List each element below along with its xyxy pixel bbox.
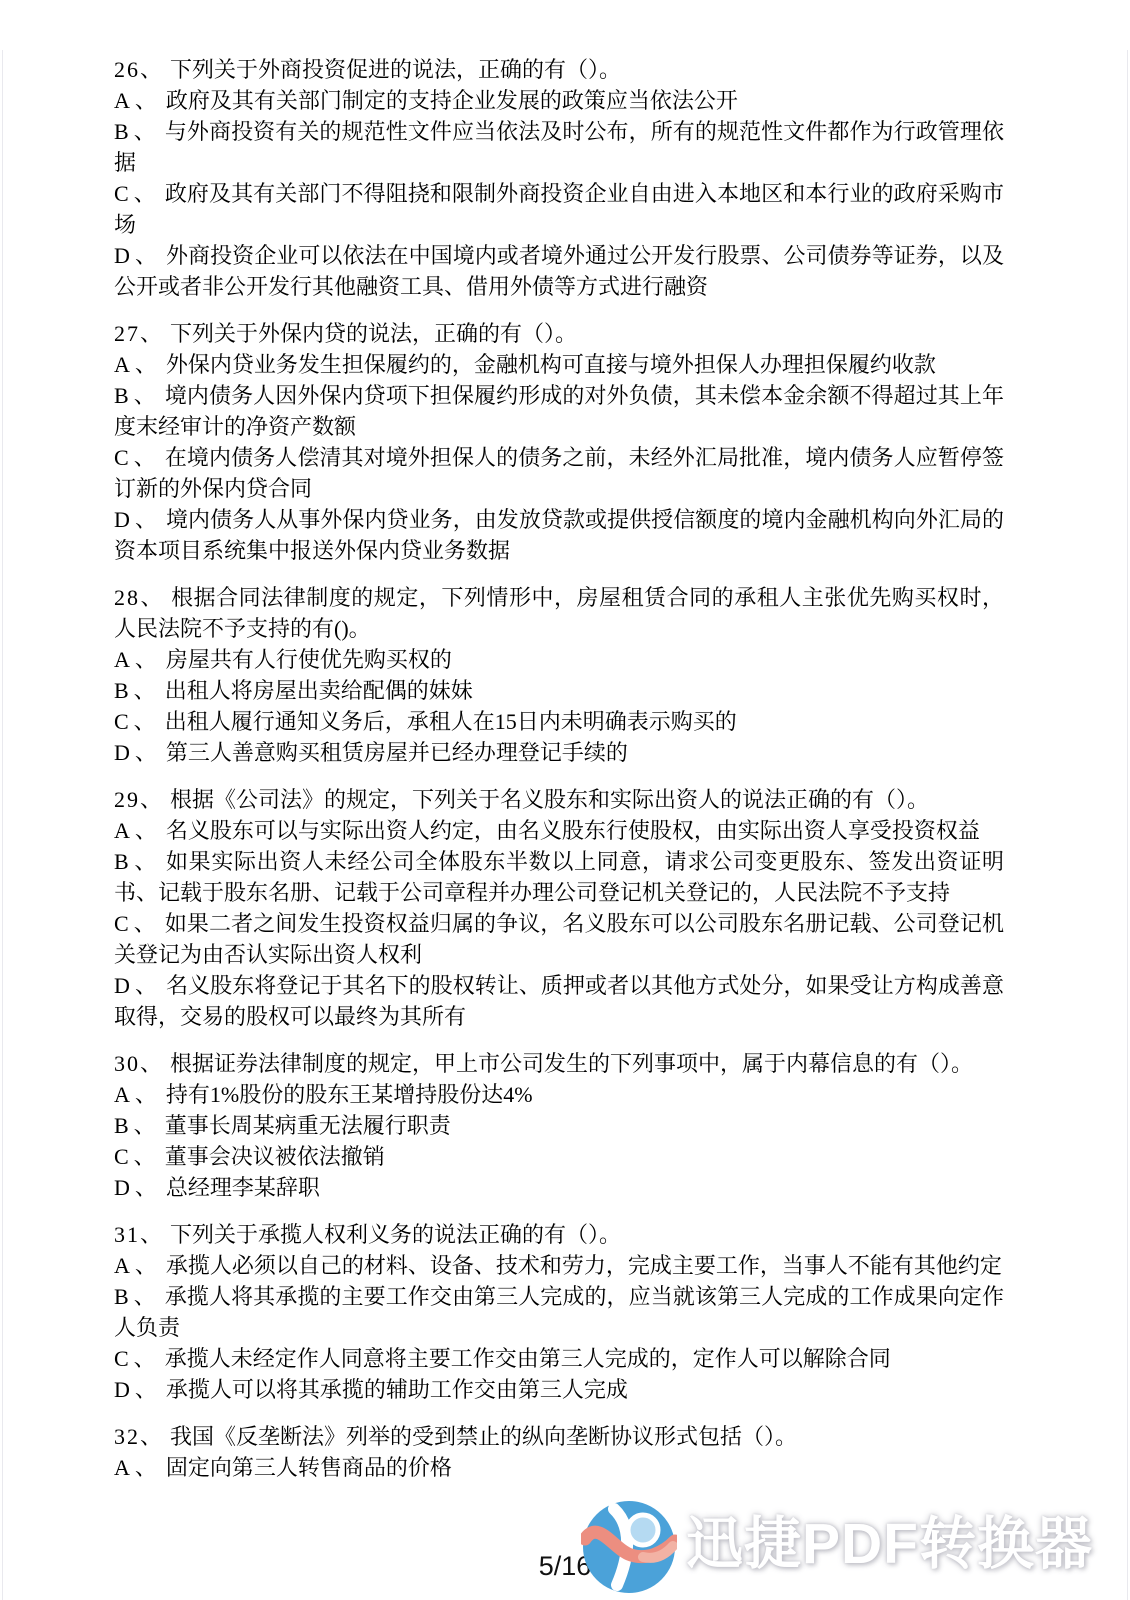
option-label: A、 <box>114 352 162 377</box>
option-row: D、总经理李某辞职 <box>114 1172 1004 1203</box>
option-row: A、固定向第三人转售商品的价格 <box>114 1452 1004 1483</box>
option-list: A、名义股东可以与实际出资人约定，由名义股东行使股权，由实际出资人享受投资权益 … <box>114 815 1004 1032</box>
option-text: 如果二者之间发生投资权益归属的争议，名义股东可以公司股东名册记载、公司登记机关登… <box>114 911 1004 967</box>
option-text: 董事长周某病重无法履行职责 <box>165 1113 451 1138</box>
question-number: 30、 <box>114 1051 164 1076</box>
option-label: B、 <box>114 678 161 703</box>
option-label: A、 <box>114 88 162 113</box>
option-text: 承揽人必须以自己的材料、设备、技术和劳力，完成主要工作，当事人不能有其他约定 <box>166 1253 1002 1278</box>
option-text: 名义股东可以与实际出资人约定，由名义股东行使股权，由实际出资人享受投资权益 <box>166 818 980 843</box>
option-text: 固定向第三人转售商品的价格 <box>166 1455 452 1480</box>
option-text: 政府及其有关部门不得阻挠和限制外商投资企业自由进入本地区和本行业的政府采购市场 <box>114 181 1004 237</box>
option-text: 总经理李某辞职 <box>166 1175 320 1200</box>
option-row: C、出租人履行通知义务后，承租人在15日内未明确表示购买的 <box>114 706 1004 737</box>
option-text: 政府及其有关部门制定的支持企业发展的政策应当依法公开 <box>166 88 738 113</box>
option-row: A、政府及其有关部门制定的支持企业发展的政策应当依法公开 <box>114 85 1004 116</box>
option-row: A、名义股东可以与实际出资人约定，由名义股东行使股权，由实际出资人享受投资权益 <box>114 815 1004 846</box>
option-list: A、承揽人必须以自己的材料、设备、技术和劳力，完成主要工作，当事人不能有其他约定… <box>114 1250 1004 1405</box>
option-row: D、境内债务人从事外保内贷业务，由发放贷款或提供授信额度的境内金融机构向外汇局的… <box>114 504 1004 566</box>
option-text: 持有1%股份的股东王某增持股份达4% <box>166 1082 533 1107</box>
option-row: B、境内债务人因外保内贷项下担保履约形成的对外负债，其未偿本金余额不得超过其上年… <box>114 380 1004 442</box>
question-block: 30、根据证券法律制度的规定，甲上市公司发生的下列事项中，属于内幕信息的有（）。… <box>114 1048 1004 1203</box>
question-block: 28、根据合同法律制度的规定，下列情形中，房屋租赁合同的承租人主张优先购买权时，… <box>114 582 1004 768</box>
question-list: 26、下列关于外商投资促进的说法，正确的有（）。 A、政府及其有关部门制定的支持… <box>114 54 1004 1483</box>
option-row: A、承揽人必须以自己的材料、设备、技术和劳力，完成主要工作，当事人不能有其他约定 <box>114 1250 1004 1281</box>
option-row: D、名义股东将登记于其名下的股权转让、质押或者以其他方式处分，如果受让方构成善意… <box>114 970 1004 1032</box>
option-row: C、政府及其有关部门不得阻挠和限制外商投资企业自由进入本地区和本行业的政府采购市… <box>114 178 1004 240</box>
option-text: 出租人履行通知义务后，承租人在15日内未明确表示购买的 <box>165 709 737 734</box>
question-stem: 28、根据合同法律制度的规定，下列情形中，房屋租赁合同的承租人主张优先购买权时，… <box>114 582 1004 644</box>
option-label: A、 <box>114 647 162 672</box>
question-block: 26、下列关于外商投资促进的说法，正确的有（）。 A、政府及其有关部门制定的支持… <box>114 54 1004 302</box>
option-text: 承揽人可以将其承揽的辅助工作交由第三人完成 <box>166 1377 628 1402</box>
option-row: B、承揽人将其承揽的主要工作交由第三人完成的，应当就该第三人完成的工作成果向定作… <box>114 1281 1004 1343</box>
question-block: 32、我国《反垄断法》列举的受到禁止的纵向垄断协议形式包括（）。 A、固定向第三… <box>114 1421 1004 1483</box>
option-text: 第三人善意购买租赁房屋并已经办理登记手续的 <box>166 740 628 765</box>
question-stem: 31、下列关于承揽人权利义务的说法正确的有（）。 <box>114 1219 1004 1250</box>
option-list: A、持有1%股份的股东王某增持股份达4% B、董事长周某病重无法履行职责 C、董… <box>114 1079 1004 1203</box>
question-stem: 30、根据证券法律制度的规定，甲上市公司发生的下列事项中，属于内幕信息的有（）。 <box>114 1048 1004 1079</box>
question-text: 下列关于外保内贷的说法，正确的有（）。 <box>170 321 577 346</box>
option-label: C、 <box>114 445 161 470</box>
option-label: D、 <box>114 507 162 532</box>
question-text: 根据证券法律制度的规定，甲上市公司发生的下列事项中，属于内幕信息的有（）。 <box>170 1051 973 1076</box>
question-number: 29、 <box>114 787 164 812</box>
question-text: 根据合同法律制度的规定，下列情形中，房屋租赁合同的承租人主张优先购买权时，人民法… <box>114 585 1004 641</box>
question-stem: 27、下列关于外保内贷的说法，正确的有（）。 <box>114 318 1004 349</box>
question-block: 29、根据《公司法》的规定，下列关于名义股东和实际出资人的说法正确的有（）。 A… <box>114 784 1004 1032</box>
option-label: D、 <box>114 243 162 268</box>
option-text: 外保内贷业务发生担保履约的，金融机构可直接与境外担保人办理担保履约收款 <box>166 352 936 377</box>
question-stem: 26、下列关于外商投资促进的说法，正确的有（）。 <box>114 54 1004 85</box>
option-text: 名义股东将登记于其名下的股权转让、质押或者以其他方式处分，如果受让方构成善意取得… <box>114 973 1004 1029</box>
option-text: 境内债务人因外保内贷项下担保履约形成的对外负债，其未偿本金余额不得超过其上年度末… <box>114 383 1004 439</box>
option-label: C、 <box>114 709 161 734</box>
option-list: A、外保内贷业务发生担保履约的，金融机构可直接与境外担保人办理担保履约收款 B、… <box>114 349 1004 566</box>
option-row: D、外商投资企业可以依法在中国境内或者境外通过公开发行股票、公司债券等证券，以及… <box>114 240 1004 302</box>
option-label: B、 <box>114 119 161 144</box>
option-label: A、 <box>114 1082 162 1107</box>
option-label: D、 <box>114 1377 162 1402</box>
option-label: B、 <box>114 849 162 874</box>
question-text: 我国《反垄断法》列举的受到禁止的纵向垄断协议形式包括（）。 <box>170 1424 797 1449</box>
question-number: 27、 <box>114 321 164 346</box>
option-label: C、 <box>114 1346 161 1371</box>
option-row: B、董事长周某病重无法履行职责 <box>114 1110 1004 1141</box>
option-text: 承揽人未经定作人同意将主要工作交由第三人完成的，定作人可以解除合同 <box>165 1346 891 1371</box>
option-row: C、如果二者之间发生投资权益归属的争议，名义股东可以公司股东名册记载、公司登记机… <box>114 908 1004 970</box>
option-text: 出租人将房屋出卖给配偶的妹妹 <box>165 678 473 703</box>
question-text: 根据《公司法》的规定，下列关于名义股东和实际出资人的说法正确的有（）。 <box>170 787 929 812</box>
option-label: D、 <box>114 740 162 765</box>
option-text: 董事会决议被依法撤销 <box>165 1144 385 1169</box>
option-text: 在境内债务人偿清其对境外担保人的债务之前，未经外汇局批准，境内债务人应暂停签订新… <box>114 445 1004 501</box>
option-text: 外商投资企业可以依法在中国境内或者境外通过公开发行股票、公司债券等证券，以及公开… <box>114 243 1004 299</box>
watermark-text: 迅捷PDF转换器 <box>686 1498 1093 1580</box>
option-label: C、 <box>114 181 161 206</box>
option-label: B、 <box>114 1113 161 1138</box>
option-label: A、 <box>114 818 162 843</box>
option-label: C、 <box>114 1144 161 1169</box>
question-number: 26、 <box>114 57 164 82</box>
option-row: D、第三人善意购买租赁房屋并已经办理登记手续的 <box>114 737 1004 768</box>
option-label: B、 <box>114 383 161 408</box>
option-text: 境内债务人从事外保内贷业务，由发放贷款或提供授信额度的境内金融机构向外汇局的资本… <box>114 507 1004 563</box>
question-number: 31、 <box>114 1222 164 1247</box>
option-label: D、 <box>114 973 162 998</box>
option-text: 与外商投资有关的规范性文件应当依法及时公布，所有的规范性文件都作为行政管理依据 <box>114 119 1004 175</box>
option-list: A、固定向第三人转售商品的价格 <box>114 1452 1004 1483</box>
document-page: 26、下列关于外商投资促进的说法，正确的有（）。 A、政府及其有关部门制定的支持… <box>2 50 1128 1600</box>
option-row: C、承揽人未经定作人同意将主要工作交由第三人完成的，定作人可以解除合同 <box>114 1343 1004 1374</box>
option-row: A、外保内贷业务发生担保履约的，金融机构可直接与境外担保人办理担保履约收款 <box>114 349 1004 380</box>
option-text: 房屋共有人行使优先购买权的 <box>166 647 452 672</box>
option-label: A、 <box>114 1455 162 1480</box>
option-row: B、如果实际出资人未经公司全体股东半数以上同意，请求公司变更股东、签发出资证明书… <box>114 846 1004 908</box>
option-label: D、 <box>114 1175 162 1200</box>
option-row: B、出租人将房屋出卖给配偶的妹妹 <box>114 675 1004 706</box>
option-text: 如果实际出资人未经公司全体股东半数以上同意，请求公司变更股东、签发出资证明书、记… <box>114 849 1004 905</box>
question-stem: 32、我国《反垄断法》列举的受到禁止的纵向垄断协议形式包括（）。 <box>114 1421 1004 1452</box>
option-row: D、承揽人可以将其承揽的辅助工作交由第三人完成 <box>114 1374 1004 1405</box>
question-text: 下列关于外商投资促进的说法，正确的有（）。 <box>170 57 621 82</box>
option-row: A、房屋共有人行使优先购买权的 <box>114 644 1004 675</box>
question-number: 32、 <box>114 1424 164 1449</box>
option-text: 承揽人将其承揽的主要工作交由第三人完成的，应当就该第三人完成的工作成果向定作人负… <box>114 1284 1004 1340</box>
option-label: C、 <box>114 911 161 936</box>
question-text: 下列关于承揽人权利义务的说法正确的有（）。 <box>170 1222 621 1247</box>
option-label: B、 <box>114 1284 161 1309</box>
option-list: A、房屋共有人行使优先购买权的 B、出租人将房屋出卖给配偶的妹妹 C、出租人履行… <box>114 644 1004 768</box>
pdf-converter-logo-icon <box>581 1499 677 1595</box>
question-block: 31、下列关于承揽人权利义务的说法正确的有（）。 A、承揽人必须以自己的材料、设… <box>114 1219 1004 1405</box>
option-row: C、在境内债务人偿清其对境外担保人的债务之前，未经外汇局批准，境内债务人应暂停签… <box>114 442 1004 504</box>
option-row: B、与外商投资有关的规范性文件应当依法及时公布，所有的规范性文件都作为行政管理依… <box>114 116 1004 178</box>
question-block: 27、下列关于外保内贷的说法，正确的有（）。 A、外保内贷业务发生担保履约的，金… <box>114 318 1004 566</box>
question-stem: 29、根据《公司法》的规定，下列关于名义股东和实际出资人的说法正确的有（）。 <box>114 784 1004 815</box>
option-row: C、董事会决议被依法撤销 <box>114 1141 1004 1172</box>
option-row: A、持有1%股份的股东王某增持股份达4% <box>114 1079 1004 1110</box>
question-number: 28、 <box>114 585 165 610</box>
option-list: A、政府及其有关部门制定的支持企业发展的政策应当依法公开 B、与外商投资有关的规… <box>114 85 1004 302</box>
option-label: A、 <box>114 1253 162 1278</box>
